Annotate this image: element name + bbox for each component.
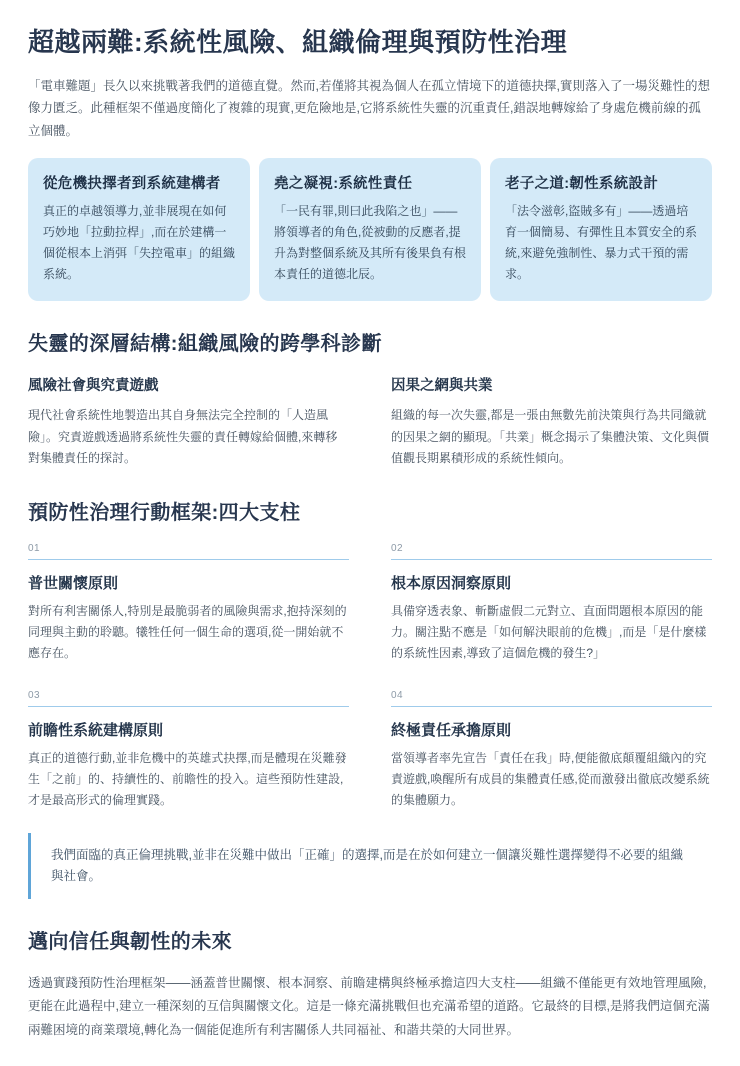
- diagnosis-column-causal-web: 因果之網與共業 組織的每一次失靈,都是一張由無數先前決策與行為共同織就的因果之網…: [391, 374, 712, 470]
- pillar-body: 真正的道德行動,並非危機中的英雄式抉擇,而是體現在災難發生「之前」的、持續性的、…: [28, 748, 349, 811]
- pillar-ultimate-responsibility: 04 終極責任承擔原則 當領導者率先宣告「責任在我」時,便能徹底顛覆組織內的究責…: [391, 690, 712, 811]
- highlight-card-row: 從危機抉擇者到系統建構者 真正的卓越領導力,並非展現在如何巧妙地「拉動拉桿」,而…: [28, 158, 712, 301]
- card-title: 老子之道:韌性系統設計: [505, 172, 697, 193]
- card-title: 堯之凝視:系統性責任: [274, 172, 466, 193]
- pillar-title: 普世關懷原則: [28, 572, 349, 593]
- pillar-proactive-system-building: 03 前瞻性系統建構原則 真正的道德行動,並非危機中的英雄式抉擇,而是體現在災難…: [28, 690, 349, 811]
- pillar-body: 具備穿透表象、斬斷虛假二元對立、直面問題根本原因的能力。關注點不應是「如何解決眼…: [391, 601, 712, 664]
- article-page: 超越兩難:系統性風險、組織倫理與預防性治理 「電車難題」長久以來挑戰著我們的道德…: [0, 0, 740, 1066]
- pillar-title: 前瞻性系統建構原則: [28, 719, 349, 740]
- card-body: 「一民有罪,則曰此我陷之也」——將領導者的角色,從被動的反應者,提升為對整個系統…: [274, 201, 466, 285]
- column-body: 現代社會系統性地製造出其自身無法完全控制的「人造風險」。究責遊戲透過將系統性失靈…: [28, 405, 349, 470]
- diagnosis-columns: 風險社會與究責遊戲 現代社會系統性地製造出其自身無法完全控制的「人造風險」。究責…: [28, 374, 712, 470]
- conclusion-paragraph: 透過實踐預防性治理框架——涵蓋普世關懷、根本洞察、前瞻建構與終極承擔這四大支柱—…: [28, 972, 712, 1041]
- section-heading-framework: 預防性治理行動框架:四大支柱: [28, 496, 712, 525]
- column-body: 組織的每一次失靈,都是一張由無數先前決策與行為共同織就的因果之網的顯現。「共業」…: [391, 405, 712, 470]
- diagnosis-column-risk-society: 風險社會與究責遊戲 現代社會系統性地製造出其自身無法完全控制的「人造風險」。究責…: [28, 374, 349, 470]
- pillar-number: 01: [28, 543, 349, 560]
- pillar-root-cause-insight: 02 根本原因洞察原則 具備穿透表象、斬斷虛假二元對立、直面問題根本原因的能力。…: [391, 543, 712, 664]
- section-heading-diagnosis: 失靈的深層結構:組織風險的跨學科診斷: [28, 327, 712, 356]
- column-title: 因果之網與共業: [391, 374, 712, 395]
- pillar-universal-care: 01 普世關懷原則 對所有利害關係人,特別是最脆弱者的風險與需求,抱持深刻的同理…: [28, 543, 349, 664]
- pillar-number: 03: [28, 690, 349, 707]
- highlight-card-systemic-responsibility: 堯之凝視:系統性責任 「一民有罪,則曰此我陷之也」——將領導者的角色,從被動的反…: [259, 158, 481, 301]
- page-title: 超越兩難:系統性風險、組織倫理與預防性治理: [28, 26, 712, 59]
- pillar-number: 02: [391, 543, 712, 560]
- pull-quote-text: 我們面臨的真正倫理挑戰,並非在災難中做出「正確」的選擇,而是在於如何建立一個讓災…: [51, 845, 692, 888]
- pillar-title: 終極責任承擔原則: [391, 719, 712, 740]
- card-title: 從危機抉擇者到系統建構者: [43, 172, 235, 193]
- pillar-body: 當領導者率先宣告「責任在我」時,便能徹底顛覆組織內的究責遊戲,喚醒所有成員的集體…: [391, 748, 712, 811]
- pillar-grid: 01 普世關懷原則 對所有利害關係人,特別是最脆弱者的風險與需求,抱持深刻的同理…: [28, 543, 712, 811]
- pillar-number: 04: [391, 690, 712, 707]
- card-body: 真正的卓越領導力,並非展現在如何巧妙地「拉動拉桿」,而在於建構一個從根本上消弭「…: [43, 201, 235, 285]
- highlight-card-resilient-design: 老子之道:韌性系統設計 「法令滋彰,盜賊多有」——透過培育一個簡易、有彈性且本質…: [490, 158, 712, 301]
- pull-quote: 我們面臨的真正倫理挑戰,並非在災難中做出「正確」的選擇,而是在於如何建立一個讓災…: [28, 833, 712, 900]
- pillar-body: 對所有利害關係人,特別是最脆弱者的風險與需求,抱持深刻的同理與主動的聆聽。犧牲任…: [28, 601, 349, 664]
- card-body: 「法令滋彰,盜賊多有」——透過培育一個簡易、有彈性且本質安全的系統,來避免強制性…: [505, 201, 697, 285]
- pillar-title: 根本原因洞察原則: [391, 572, 712, 593]
- intro-paragraph: 「電車難題」長久以來挑戰著我們的道德直覺。然而,若僅將其視為個人在孤立情境下的道…: [28, 75, 712, 143]
- column-title: 風險社會與究責遊戲: [28, 374, 349, 395]
- highlight-card-system-builder: 從危機抉擇者到系統建構者 真正的卓越領導力,並非展現在如何巧妙地「拉動拉桿」,而…: [28, 158, 250, 301]
- section-heading-conclusion: 邁向信任與韌性的未來: [28, 925, 712, 954]
